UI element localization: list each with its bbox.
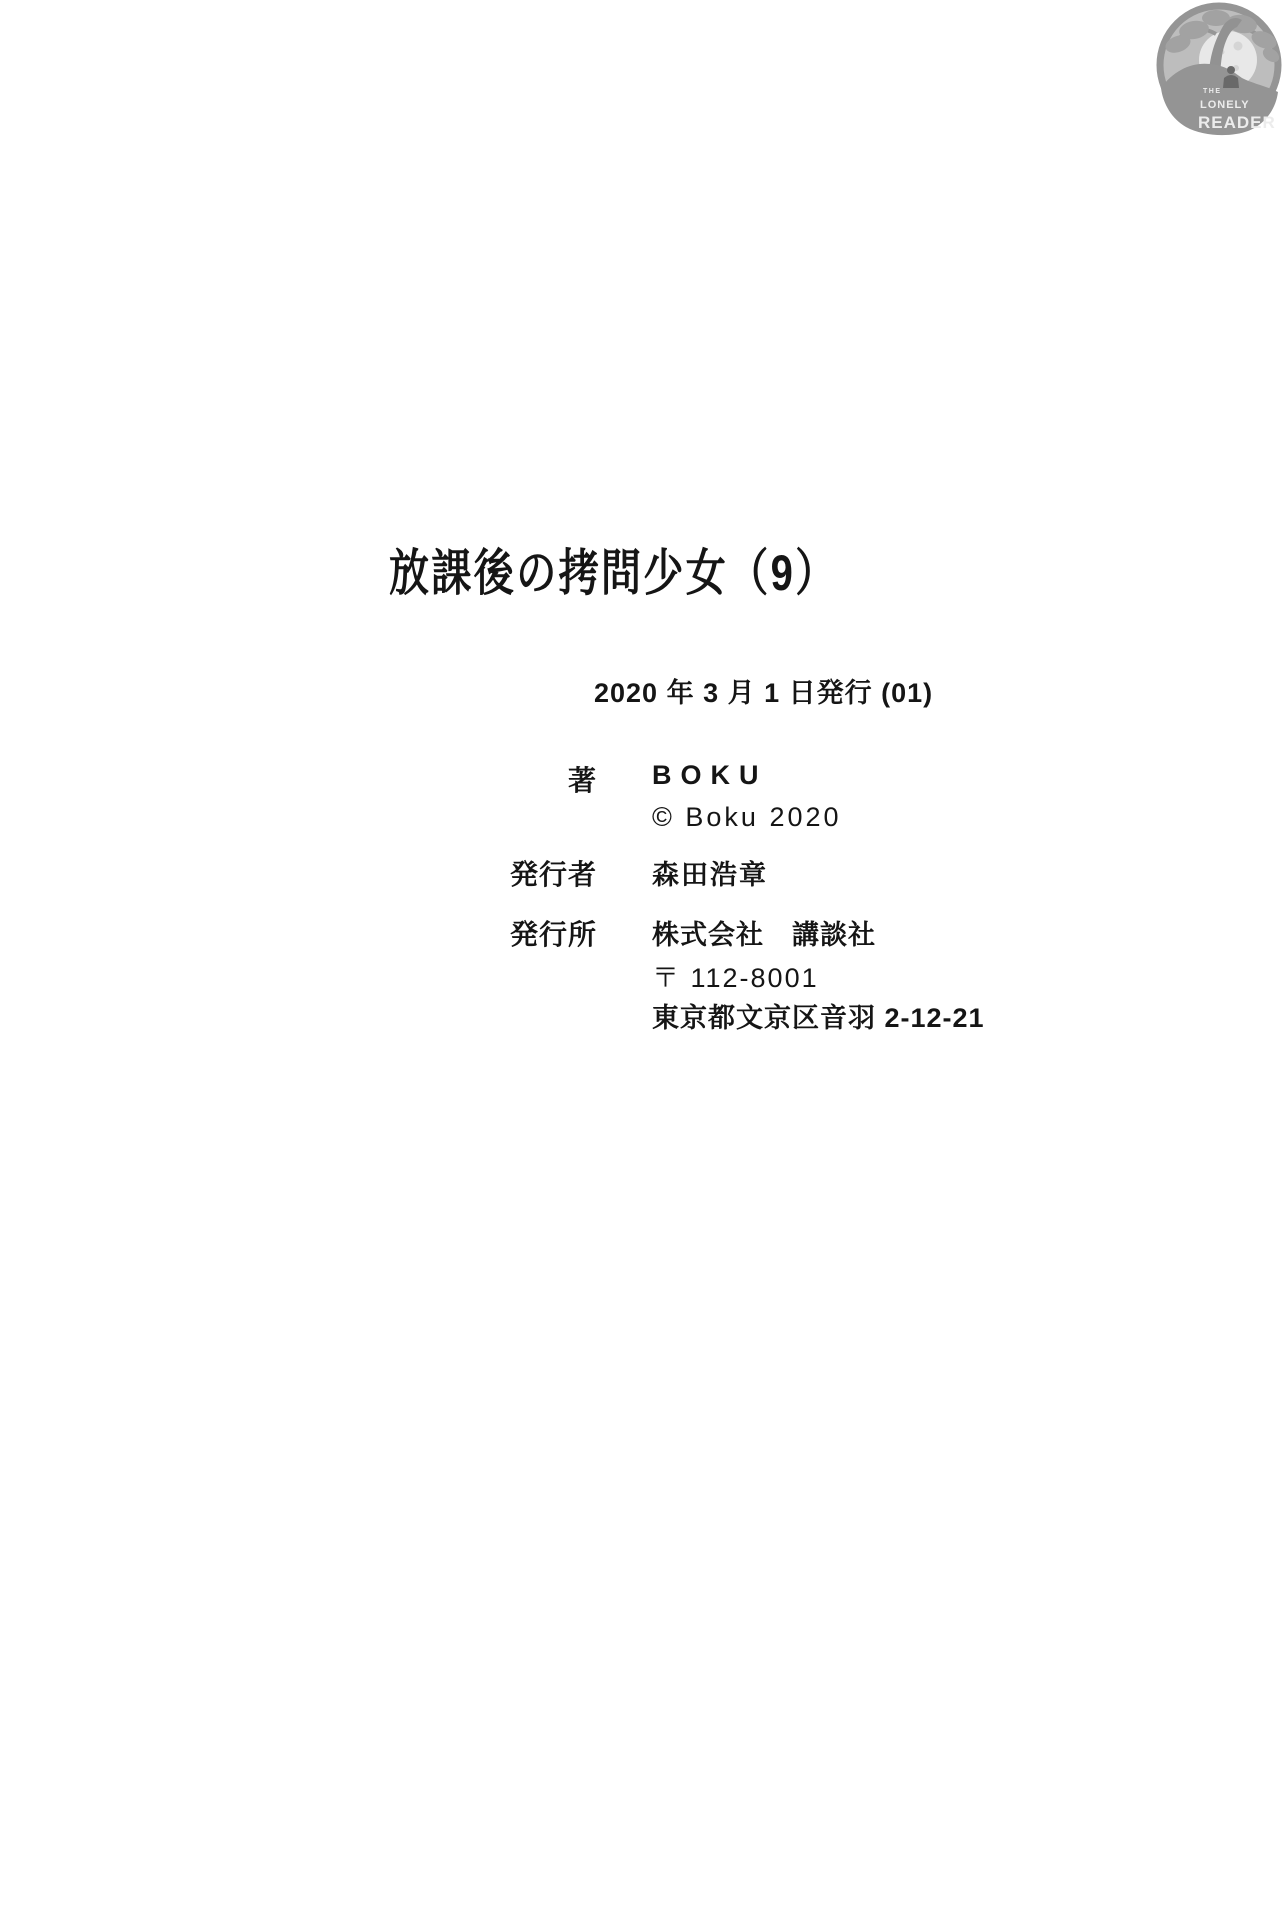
- publication-date: 2020 年 3 月 1 日発行 (01): [594, 671, 933, 710]
- postal-code: 〒 112-8001: [652, 956, 819, 995]
- publishing-house-label: 発行所: [420, 913, 597, 953]
- publisher-name: 森田浩章: [652, 853, 768, 892]
- copyright-line: © Boku 2020: [652, 802, 842, 833]
- publishing-house-name: 株式会社 講談社: [652, 913, 876, 952]
- watermark-text-the: THE: [1203, 88, 1222, 95]
- publisher-label: 発行者: [420, 853, 597, 893]
- publisher-address: 東京都文京区音羽 2-12-21: [652, 996, 985, 1035]
- lonely-reader-watermark-logo: THE LONELY READER: [1154, 0, 1286, 140]
- author-name: BOKU: [652, 760, 768, 791]
- book-title: 放課後の拷問少女（9）: [389, 545, 838, 603]
- moon-crater: [1234, 42, 1243, 51]
- watermark-text-lonely: LONELY: [1200, 99, 1250, 111]
- colophon-page: 放課後の拷問少女（9） 2020 年 3 月 1 日発行 (01) 著 BOKU…: [0, 0, 1286, 1920]
- watermark-text-reader: READER: [1198, 113, 1276, 132]
- author-label: 著: [420, 759, 597, 799]
